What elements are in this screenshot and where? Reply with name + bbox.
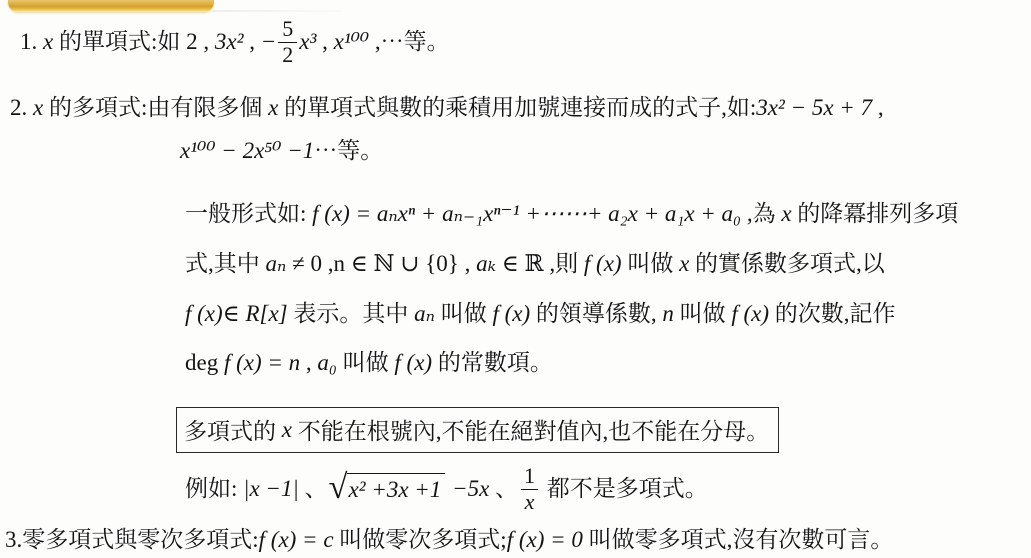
math-run: f (x) xyxy=(394,349,432,378)
general-form-line2: 式,其中 aₙ ≠ 0 ,n ∈ ℕ ∪ {0} , aₖ ∈ ℝ ,則 f (… xyxy=(185,250,885,279)
text-run: 多項式的 xyxy=(184,413,282,446)
text-run: 、 xyxy=(489,475,518,504)
math-run: f (x) xyxy=(584,250,622,279)
text-run: , xyxy=(316,28,333,57)
math-run: x xyxy=(282,417,292,443)
text-run: 式,其中 xyxy=(185,250,266,279)
math-run: |x −1| xyxy=(243,475,299,504)
math-run: x¹⁰⁰ xyxy=(334,28,370,57)
math-run: x xyxy=(679,250,689,279)
tab-shadow-line xyxy=(212,10,342,12)
general-form-line3: f (x)∈ R[x] 表示。其中 aₙ 叫做 f (x) 的領導係數, n 叫… xyxy=(185,300,896,329)
text-run: 的多項式:由有限多個 xyxy=(43,94,268,123)
text-run: 的常數項。 xyxy=(432,349,553,378)
text-run: 表示。其中 xyxy=(288,300,415,329)
math-run: 3x² xyxy=(215,28,244,57)
fraction: 52 xyxy=(278,17,297,67)
text-run: 不能在根號內,不能在絕對值內,也不能在分母。 xyxy=(292,413,769,446)
text-run: 叫做 xyxy=(622,250,680,279)
text-run: , xyxy=(872,94,884,123)
item2-polynomial-definition-line2: x¹⁰⁰ − 2x⁵⁰ −1⋯等。 xyxy=(180,137,383,166)
text-run: 的降冪排列多項 xyxy=(792,200,959,229)
polynomial-restriction-box: 多項式的 x 不能在根號內,不能在絕對值內,也不能在分母。 xyxy=(176,407,779,453)
item3-zero-polynomial-definition: 3.零多項式與零次多項式:f (x) = c 叫做零次多項式;f (x) = 0… xyxy=(5,526,893,555)
math-run: aₖ xyxy=(476,250,496,279)
section-highlight-tab xyxy=(8,0,214,12)
math-run: n xyxy=(662,300,674,329)
text-run: 例如: xyxy=(185,475,243,504)
math-run: a₀ xyxy=(317,349,337,378)
math-run: aₙ xyxy=(266,250,287,279)
math-run: − xyxy=(261,28,277,57)
text-run: deg xyxy=(185,349,224,378)
text-run: 1 xyxy=(524,464,535,489)
text-run: ∈ ℝ ,則 xyxy=(496,250,584,279)
math-run: f (x) xyxy=(492,300,530,329)
text-run: ≠ 0 ,n ∈ ℕ ∪ {0} , xyxy=(286,250,476,279)
math-run: −5x xyxy=(446,475,489,504)
text-run: 一般形式如: xyxy=(185,200,312,229)
math-run: f (x) = n xyxy=(224,349,300,378)
text-run: 3.零多項式與零次多項式: xyxy=(5,526,259,555)
general-form-line4: deg f (x) = n , a₀ 叫做 f (x) 的常數項。 xyxy=(185,349,553,378)
fraction: 1x xyxy=(520,464,539,514)
text-run: 的次數,記作 xyxy=(769,300,896,329)
text-run: 叫做零次多項式; xyxy=(334,526,507,555)
math-run: x¹⁰⁰ − 2x⁵⁰ −1 xyxy=(180,137,314,166)
fraction-denominator: 2 xyxy=(278,42,297,68)
item1-monomial-definition: 1. x 的單項式:如 2 , 3x² , −52x³ , x¹⁰⁰ ,⋯等。 xyxy=(20,13,450,71)
math-run: x² +3x +1 xyxy=(348,477,441,502)
text-run: 都不是多項式。 xyxy=(541,475,708,504)
text-run: , xyxy=(300,349,317,378)
text-run: 1. xyxy=(20,28,43,57)
math-run: f (x) = 0 xyxy=(507,526,583,555)
fraction-numerator: 1 xyxy=(520,464,539,489)
math-run: x xyxy=(525,490,535,515)
math-run: x xyxy=(43,28,53,57)
text-run: 2. xyxy=(10,94,33,123)
math-run: x xyxy=(781,200,791,229)
text-run: 的單項式與數的乘積用加號連接而成的式子,如: xyxy=(278,94,756,123)
math-run: x xyxy=(33,94,43,123)
document-page: { "page": { "kind": "math-notes-polynomi… xyxy=(0,0,1031,558)
general-form-line1: 一般形式如: f (x) = aₙxⁿ + aₙ₋₁xⁿ⁻¹ +⋯⋯+ a₂x … xyxy=(185,200,958,229)
text-run: 2 xyxy=(282,43,293,68)
text-run: ,⋯等。 xyxy=(369,28,450,57)
math-run: 3x² − 5x + 7 xyxy=(756,94,872,123)
text-run: 的實係數多項式,以 xyxy=(689,250,885,279)
math-run: x xyxy=(268,94,278,123)
text-run: 叫做 xyxy=(674,300,732,329)
item2-polynomial-definition-line1: 2. x 的多項式:由有限多個 x 的單項式與數的乘積用加號連接而成的式子,如:… xyxy=(10,94,884,123)
fraction-denominator: x xyxy=(521,489,539,515)
text-run: ,為 xyxy=(741,200,781,229)
text-run: 叫做 xyxy=(435,300,493,329)
text-run: 叫做零多項式,沒有次數可言。 xyxy=(583,526,894,555)
math-run: f (x) = c xyxy=(259,526,334,555)
non-polynomial-examples: 例如: |x −1| 、√x² +3x +1 −5x 、1x 都不是多項式。 xyxy=(185,457,708,521)
radical-sign-icon: √ xyxy=(329,472,348,503)
math-run: f (x)∈ R[x] xyxy=(185,300,288,329)
text-run: 5 xyxy=(282,17,293,42)
math-run: aₙ xyxy=(414,300,435,329)
text-run: 的單項式:如 2 , xyxy=(53,28,215,57)
fraction-numerator: 5 xyxy=(278,17,297,42)
math-run: x³ xyxy=(299,28,316,57)
text-run: 叫做 xyxy=(337,349,395,378)
square-root: √x² +3x +1 xyxy=(329,473,446,505)
text-run: ⋯等。 xyxy=(314,137,383,166)
text-run: , xyxy=(243,28,260,57)
math-run: f (x) xyxy=(731,300,769,329)
radicand: x² +3x +1 xyxy=(347,473,445,505)
math-run: f (x) = aₙxⁿ + aₙ₋₁xⁿ⁻¹ +⋯⋯+ a₂x + a₁x +… xyxy=(312,200,741,229)
text-run: 、 xyxy=(299,475,328,504)
text-run: 的領導係數, xyxy=(530,300,662,329)
